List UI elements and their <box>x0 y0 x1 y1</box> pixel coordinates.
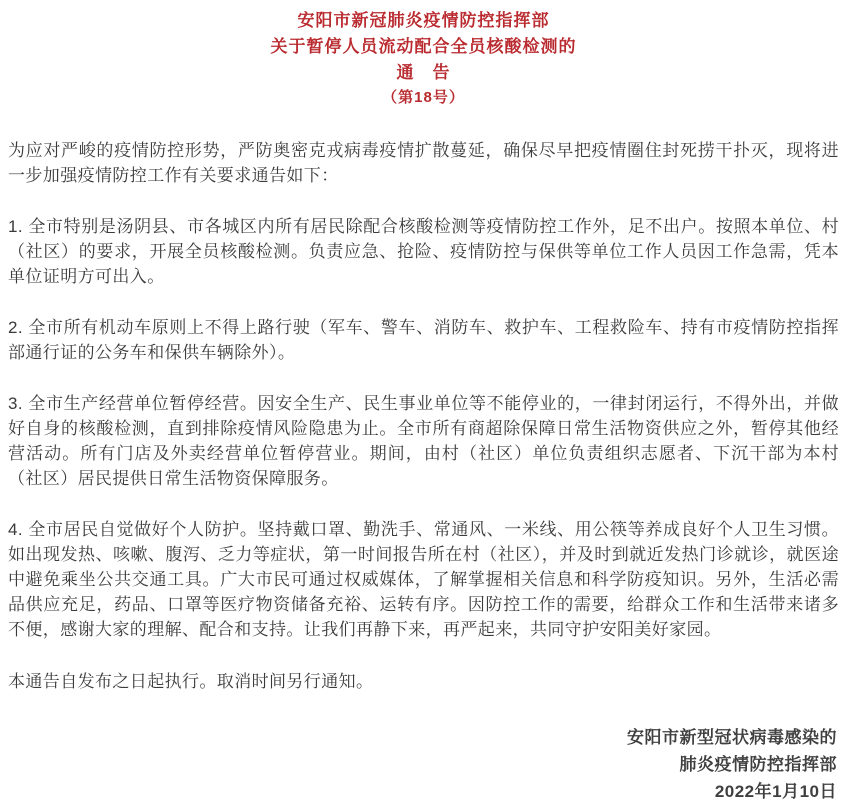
signature-block: 安阳市新型冠状病毒感染的 肺炎疫情防控指挥部 2022年1月10日 <box>8 724 839 800</box>
notice-title-type: 通 告 <box>8 60 839 86</box>
signature-authority-line-1: 安阳市新型冠状病毒感染的 <box>8 724 837 751</box>
notice-closing-paragraph: 本通告自发布之日起执行。取消时间另行通知。 <box>8 669 839 694</box>
notice-title-subject: 关于暂停人员流动配合全员核酸检测的 <box>8 34 839 60</box>
notice-header: 安阳市新冠肺炎疫情防控指挥部 关于暂停人员流动配合全员核酸检测的 通 告 （第1… <box>8 8 839 110</box>
notice-intro-paragraph: 为应对严峻的疫情防控形势，严防奥密克戎病毒疫情扩散蔓延，确保尽早把疫情圈住封死捞… <box>8 138 839 188</box>
notice-item-2: 2. 全市所有机动车原则上不得上路行驶（军车、警车、消防车、救护车、工程救险车、… <box>8 315 839 365</box>
notice-document: 安阳市新冠肺炎疫情防控指挥部 关于暂停人员流动配合全员核酸检测的 通 告 （第1… <box>0 0 847 800</box>
signature-authority-line-2: 肺炎疫情防控指挥部 <box>8 751 837 778</box>
signature-date: 2022年1月10日 <box>8 778 837 800</box>
notice-item-1: 1. 全市特别是汤阴县、市各城区内所有居民除配合核酸检测等疫情防控工作外，足不出… <box>8 214 839 289</box>
notice-issue-number: （第18号） <box>8 86 839 110</box>
notice-item-3: 3. 全市生产经营单位暂停经营。因安全生产、民生事业单位等不能停业的，一律封闭运… <box>8 391 839 491</box>
notice-item-4: 4. 全市居民自觉做好个人防护。坚持戴口罩、勤洗手、常通风、一米线、用公筷等养成… <box>8 517 839 642</box>
notice-title-authority: 安阳市新冠肺炎疫情防控指挥部 <box>8 8 839 34</box>
